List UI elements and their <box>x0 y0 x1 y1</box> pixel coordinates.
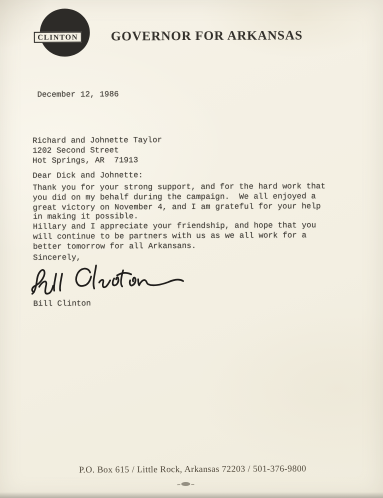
letter-content: CLINTON GOVERNOR FOR ARKANSAS December 1… <box>0 0 383 498</box>
recipient-address: Richard and Johnette Taylor 1202 Second … <box>32 136 162 166</box>
union-bug-left-mark <box>177 484 180 485</box>
letter-date: December 12, 1986 <box>37 90 119 100</box>
body-paragraph-2: Hillary and I appreciate your friendship… <box>33 221 316 252</box>
union-bug-right-mark <box>191 483 194 484</box>
letter-page: CLINTON GOVERNOR FOR ARKANSAS December 1… <box>0 0 383 498</box>
union-bug-oval <box>181 482 190 486</box>
bill-clinton-signature-icon <box>30 261 186 302</box>
letterhead-title: GOVERNOR FOR ARKANSAS <box>111 27 303 44</box>
body-paragraph-1: Thank you for your strong support, and f… <box>33 182 326 223</box>
union-bug-icon <box>177 482 194 486</box>
scan-edge-shadow <box>0 492 383 498</box>
footer-address: P.O. Box 615 / Little Rock, Arkansas 722… <box>1 463 383 475</box>
salutation: Dear Dick and Johnette: <box>33 171 143 181</box>
clinton-logo-label: CLINTON <box>34 32 82 43</box>
typed-name: Bill Clinton <box>33 300 91 310</box>
